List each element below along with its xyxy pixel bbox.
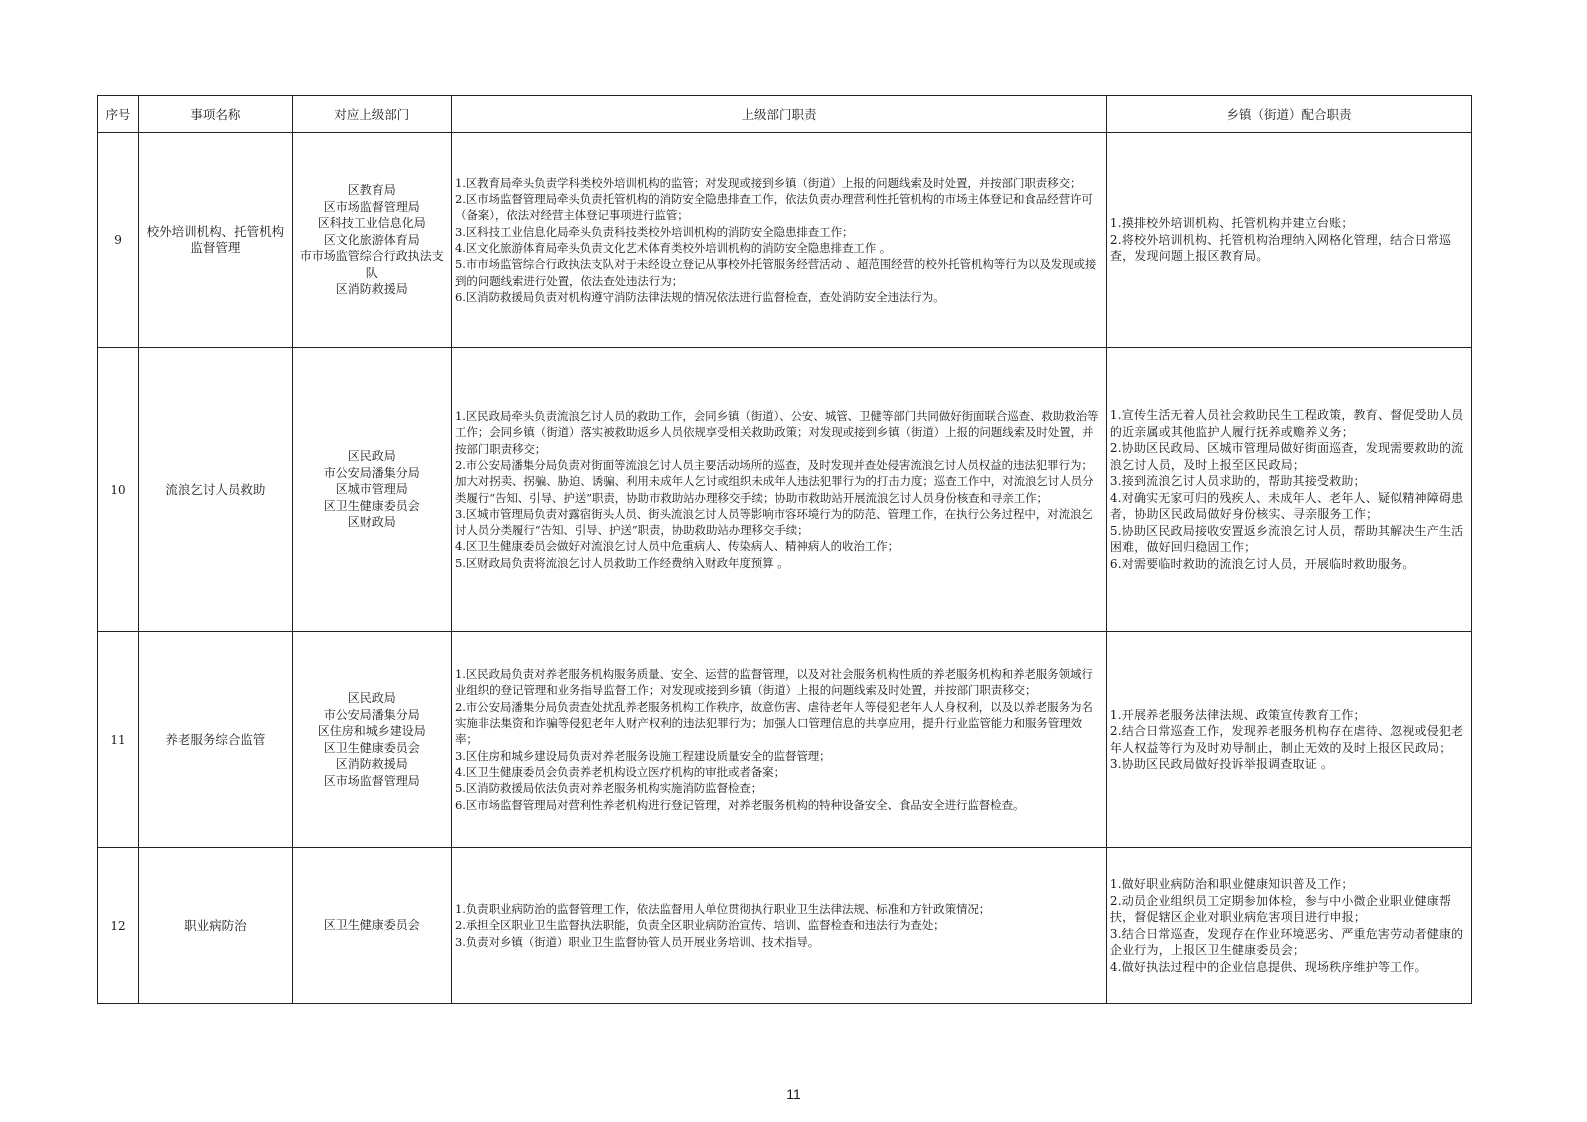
township-duty-item: 1.摸排校外培训机构、托管机构并建立台账； — [1110, 215, 1468, 232]
header-township-responsibilities: 乡镇（街道）配合职责 — [1106, 96, 1471, 133]
department-name: 区市场监督管理局 — [296, 773, 448, 790]
responsibility-item: 2.市公安局潘集分局负责查处扰乱养老服务机构工作秩序，故意伤害、虐待老年人等侵犯… — [455, 699, 1103, 748]
responsibility-item: 2.承担全区职业卫生监督执法职能，负责全区职业病防治宣传、培训、监督检查和违法行… — [455, 917, 1103, 933]
row-serial-number: 11 — [98, 632, 139, 848]
row-serial-number: 10 — [98, 348, 139, 632]
township-duty-item: 1.宣传生活无着人员社会救助民生工程政策，教育、督促受助人员的近亲属或其他监护人… — [1110, 407, 1468, 440]
township-duty-item: 4.做好执法过程中的企业信息提供、现场秩序维护等工作。 — [1110, 959, 1468, 976]
row-superior-responsibilities: 1.区民政局牵头负责流浪乞讨人员的救助工作，会同乡镇（街道）、公安、城管、卫健等… — [452, 348, 1107, 632]
table-row: 10 流浪乞讨人员救助 区民政局 市公安局潘集分局 区城市管理局 区卫生健康委员… — [98, 348, 1472, 632]
township-duty-item: 1.开展养老服务法律法规、政策宣传教育工作； — [1110, 707, 1468, 724]
department-name: 区民政局 — [296, 448, 448, 465]
responsibility-item: 2.区市场监督管理局牵头负责托管机构的消防安全隐患排查工作，依法负责办理营利性托… — [455, 191, 1103, 224]
responsibility-item: 1.区教育局牵头负责学科类校外培训机构的监管；对发现或接到乡镇（街道）上报的问题… — [455, 175, 1103, 191]
table-header-row: 序号 事项名称 对应上级部门 上级部门职责 乡镇（街道）配合职责 — [98, 96, 1472, 133]
row-item-name: 职业病防治 — [139, 848, 292, 1004]
row-departments: 区民政局 市公安局潘集分局 区住房和城乡建设局 区卫生健康委员会 区消防救援局 … — [292, 632, 451, 848]
township-duty-item: 3.接到流浪乞讨人员求助的，帮助其接受救助； — [1110, 473, 1468, 490]
responsibility-item: 4.区卫生健康委员会做好对流浪乞讨人员中危重病人、传染病人、精神病人的收治工作； — [455, 538, 1103, 554]
responsibility-item: 3.区科技工业信息化局牵头负责科技类校外培训机构的消防安全隐患排查工作； — [455, 224, 1103, 240]
row-superior-responsibilities: 1.区民政局负责对养老服务机构服务质量、安全、运营的监督管理，以及对社会服务机构… — [452, 632, 1107, 848]
row-superior-responsibilities: 1.负责职业病防治的监督管理工作，依法监督用人单位贯彻执行职业卫生法律法规、标准… — [452, 848, 1107, 1004]
responsibility-item: 1.区民政局牵头负责流浪乞讨人员的救助工作，会同乡镇（街道）、公安、城管、卫健等… — [455, 408, 1103, 457]
responsibility-item: 2.市公安局潘集分局负责对街面等流浪乞讨人员主要活动场所的巡查，及时发现并查处侵… — [455, 457, 1103, 506]
duty-table: 序号 事项名称 对应上级部门 上级部门职责 乡镇（街道）配合职责 9 校外培训机… — [97, 95, 1472, 1004]
department-name: 区卫生健康委员会 — [296, 917, 448, 934]
responsibility-item: 4.区文化旅游体育局牵头负责文化艺术体育类校外培训机构的消防安全隐患排查工作 。 — [455, 240, 1103, 256]
department-name: 区卫生健康委员会 — [296, 498, 448, 515]
township-duty-item: 4.对确实无家可归的残疾人、未成年人、老年人、疑似精神障碍患者，协助区民政局做好… — [1110, 490, 1468, 523]
department-name: 区住房和城乡建设局 — [296, 723, 448, 740]
township-duty-item: 2.结合日常巡查工作，发现养老服务机构存在虐待、忽视或侵犯老年人权益等行为及时劝… — [1110, 723, 1468, 756]
department-name: 市市场监管综合行政执法支队 — [296, 248, 448, 281]
row-departments: 区卫生健康委员会 — [292, 848, 451, 1004]
row-township-responsibilities: 1.开展养老服务法律法规、政策宣传教育工作； 2.结合日常巡查工作，发现养老服务… — [1106, 632, 1471, 848]
township-duty-item: 3.结合日常巡查，发现存在作业环境恶劣、严重危害劳动者健康的企业行为，上报区卫生… — [1110, 926, 1468, 959]
row-departments: 区民政局 市公安局潘集分局 区城市管理局 区卫生健康委员会 区财政局 — [292, 348, 451, 632]
township-duty-item: 5.协助区民政局接收安置返乡流浪乞讨人员，帮助其解决生产生活困难，做好回归稳固工… — [1110, 523, 1468, 556]
responsibility-item: 1.区民政局负责对养老服务机构服务质量、安全、运营的监督管理，以及对社会服务机构… — [455, 666, 1103, 699]
department-name: 区教育局 — [296, 182, 448, 199]
township-duty-item: 2.将校外培训机构、托管机构治理纳入网格化管理，结合日常巡查，发现问题上报区教育… — [1110, 232, 1468, 265]
header-item-name: 事项名称 — [139, 96, 292, 133]
page-number: 11 — [0, 1086, 1587, 1102]
department-name: 区财政局 — [296, 514, 448, 531]
responsibility-item: 5.区消防救援局依法负责对养老服务机构实施消防监督检查； — [455, 780, 1103, 796]
department-name: 区消防救援局 — [296, 281, 448, 298]
responsibility-item: 5.区财政局负责将流浪乞讨人员救助工作经费纳入财政年度预算 。 — [455, 555, 1103, 571]
row-township-responsibilities: 1.宣传生活无着人员社会救助民生工程政策，教育、督促受助人员的近亲属或其他监护人… — [1106, 348, 1471, 632]
row-item-name: 校外培训机构、托管机构监督管理 — [139, 133, 292, 348]
responsibility-item: 3.区城市管理局负责对露宿街头人员、街头流浪乞讨人员等影响市容环境行为的防范、管… — [455, 506, 1103, 539]
department-name: 区民政局 — [296, 690, 448, 707]
department-name: 区卫生健康委员会 — [296, 740, 448, 757]
row-township-responsibilities: 1.做好职业病防治和职业健康知识普及工作； 2.动员企业组织员工定期参加体检，参… — [1106, 848, 1471, 1004]
responsibility-item: 4.区卫生健康委员会负责养老机构设立医疗机构的审批或者备案； — [455, 764, 1103, 780]
responsibility-item: 5.市市场监管综合行政执法支队对于未经设立登记从事校外托管服务经营活动 、超范围… — [455, 256, 1103, 289]
responsibility-item: 6.区市场监督管理局对营利性养老机构进行登记管理，对养老服务机构的特种设备安全、… — [455, 797, 1103, 813]
table-row: 12 职业病防治 区卫生健康委员会 1.负责职业病防治的监督管理工作，依法监督用… — [98, 848, 1472, 1004]
row-serial-number: 12 — [98, 848, 139, 1004]
row-item-name: 养老服务综合监管 — [139, 632, 292, 848]
department-name: 区科技工业信息化局 — [296, 215, 448, 232]
table-row: 9 校外培训机构、托管机构监督管理 区教育局 区市场监督管理局 区科技工业信息化… — [98, 133, 1472, 348]
department-name: 区消防救援局 — [296, 756, 448, 773]
header-superior-responsibilities: 上级部门职责 — [452, 96, 1107, 133]
department-name: 市公安局潘集分局 — [296, 707, 448, 724]
department-name: 区文化旅游体育局 — [296, 232, 448, 249]
township-duty-item: 6.对需要临时救助的流浪乞讨人员，开展临时救助服务。 — [1110, 556, 1468, 573]
header-serial-number: 序号 — [98, 96, 139, 133]
row-superior-responsibilities: 1.区教育局牵头负责学科类校外培训机构的监管；对发现或接到乡镇（街道）上报的问题… — [452, 133, 1107, 348]
department-name: 市公安局潘集分局 — [296, 465, 448, 482]
row-departments: 区教育局 区市场监督管理局 区科技工业信息化局 区文化旅游体育局 市市场监管综合… — [292, 133, 451, 348]
department-name: 区市场监督管理局 — [296, 199, 448, 216]
township-duty-item: 2.协助区民政局、区城市管理局做好街面巡查，发现需要救助的流浪乞讨人员，及时上报… — [1110, 440, 1468, 473]
township-duty-item: 3.协助区民政局做好投诉举报调查取证 。 — [1110, 756, 1468, 773]
table-row: 11 养老服务综合监管 区民政局 市公安局潘集分局 区住房和城乡建设局 区卫生健… — [98, 632, 1472, 848]
township-duty-item: 1.做好职业病防治和职业健康知识普及工作； — [1110, 876, 1468, 893]
township-duty-item: 2.动员企业组织员工定期参加体检，参与中小微企业职业健康帮扶，督促辖区企业对职业… — [1110, 893, 1468, 926]
department-name: 区城市管理局 — [296, 481, 448, 498]
responsibility-item: 3.负责对乡镇（街道）职业卫生监督协管人员开展业务培训、技术指导。 — [455, 934, 1103, 950]
responsibility-item: 1.负责职业病防治的监督管理工作，依法监督用人单位贯彻执行职业卫生法律法规、标准… — [455, 901, 1103, 917]
responsibility-item: 6.区消防救援局负责对机构遵守消防法律法规的情况依法进行监督检查，查处消防安全违… — [455, 289, 1103, 305]
row-township-responsibilities: 1.摸排校外培训机构、托管机构并建立台账； 2.将校外培训机构、托管机构治理纳入… — [1106, 133, 1471, 348]
responsibility-item: 3.区住房和城乡建设局负责对养老服务设施工程建设质量安全的监督管理； — [455, 748, 1103, 764]
row-serial-number: 9 — [98, 133, 139, 348]
row-item-name: 流浪乞讨人员救助 — [139, 348, 292, 632]
header-superior-department: 对应上级部门 — [292, 96, 451, 133]
